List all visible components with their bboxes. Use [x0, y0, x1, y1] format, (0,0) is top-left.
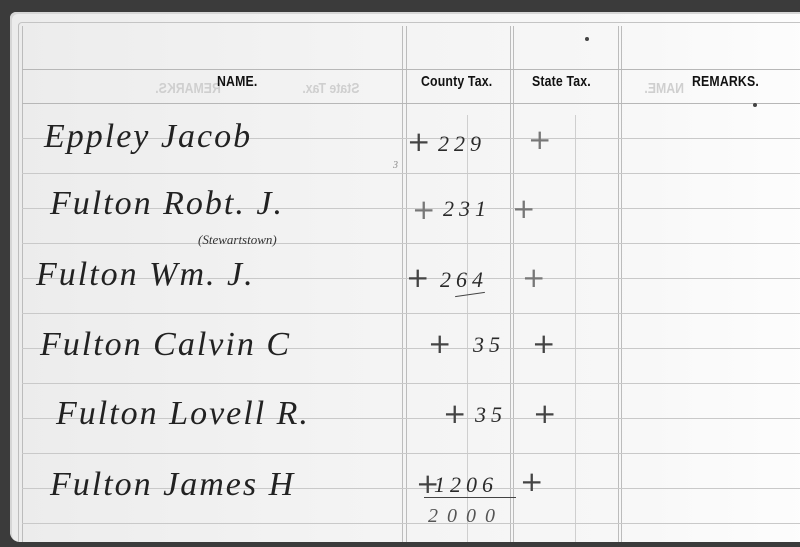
row-rule [22, 453, 800, 454]
entry-name: Fulton Wm. J. [36, 256, 255, 294]
county-check-mark: + [406, 264, 429, 292]
county-check-mark: + [428, 330, 451, 358]
header-state-tax: State Tax. [532, 73, 591, 90]
entry-name: Fulton Lovell R. [56, 395, 310, 433]
state-check-mark: + [528, 126, 551, 154]
entry-name: Fulton James H [50, 466, 295, 504]
bleed-through-state-tax: State Tax. [302, 80, 359, 97]
county-check-mark: + [407, 128, 430, 156]
header-county-tax: County Tax. [421, 73, 492, 90]
county-tax-amount: 229 [438, 131, 486, 157]
row-rule [22, 383, 800, 384]
entry-name: Fulton Calvin C [40, 326, 291, 364]
entry-name: Fulton Robt. J. [50, 185, 284, 223]
state-check-mark: + [520, 468, 543, 496]
state-check-mark: + [532, 330, 555, 358]
state-check-mark: + [522, 264, 545, 292]
county-check-mark: + [443, 400, 466, 428]
state-check-mark: + [512, 195, 535, 223]
county-tax-amount: 231 [443, 196, 491, 222]
county-tax-amount: 264 [440, 267, 488, 293]
header-remarks: REMARKS. [692, 73, 759, 90]
paper-speck [753, 103, 757, 107]
header-bottom-rule [22, 103, 800, 104]
amount-underline [424, 497, 516, 498]
header-top-rule [22, 69, 800, 70]
county-tax-amount: 1206 [434, 472, 498, 498]
header-name: NAME. [217, 73, 257, 90]
entry-name: Eppley Jacob [44, 118, 252, 156]
entry-note: (Stewartstown) [198, 232, 277, 248]
row-rule [22, 313, 800, 314]
paper-speck [585, 37, 589, 41]
county-tax-amount: 35 [475, 402, 507, 428]
margin-mark: 3 [393, 160, 398, 171]
bleed-through-name: NAME. [644, 80, 684, 97]
bleed-through-remarks: REMARKS. [155, 80, 221, 97]
state-check-mark: + [533, 400, 556, 428]
state-cents-rule [575, 115, 576, 542]
row-rule [22, 523, 800, 524]
county-tax-amount: 35 [473, 332, 505, 358]
row-rule [22, 173, 800, 174]
county-check-mark: + [412, 196, 435, 224]
row-rule [22, 243, 800, 244]
pencil-total: 2000 [428, 505, 504, 528]
